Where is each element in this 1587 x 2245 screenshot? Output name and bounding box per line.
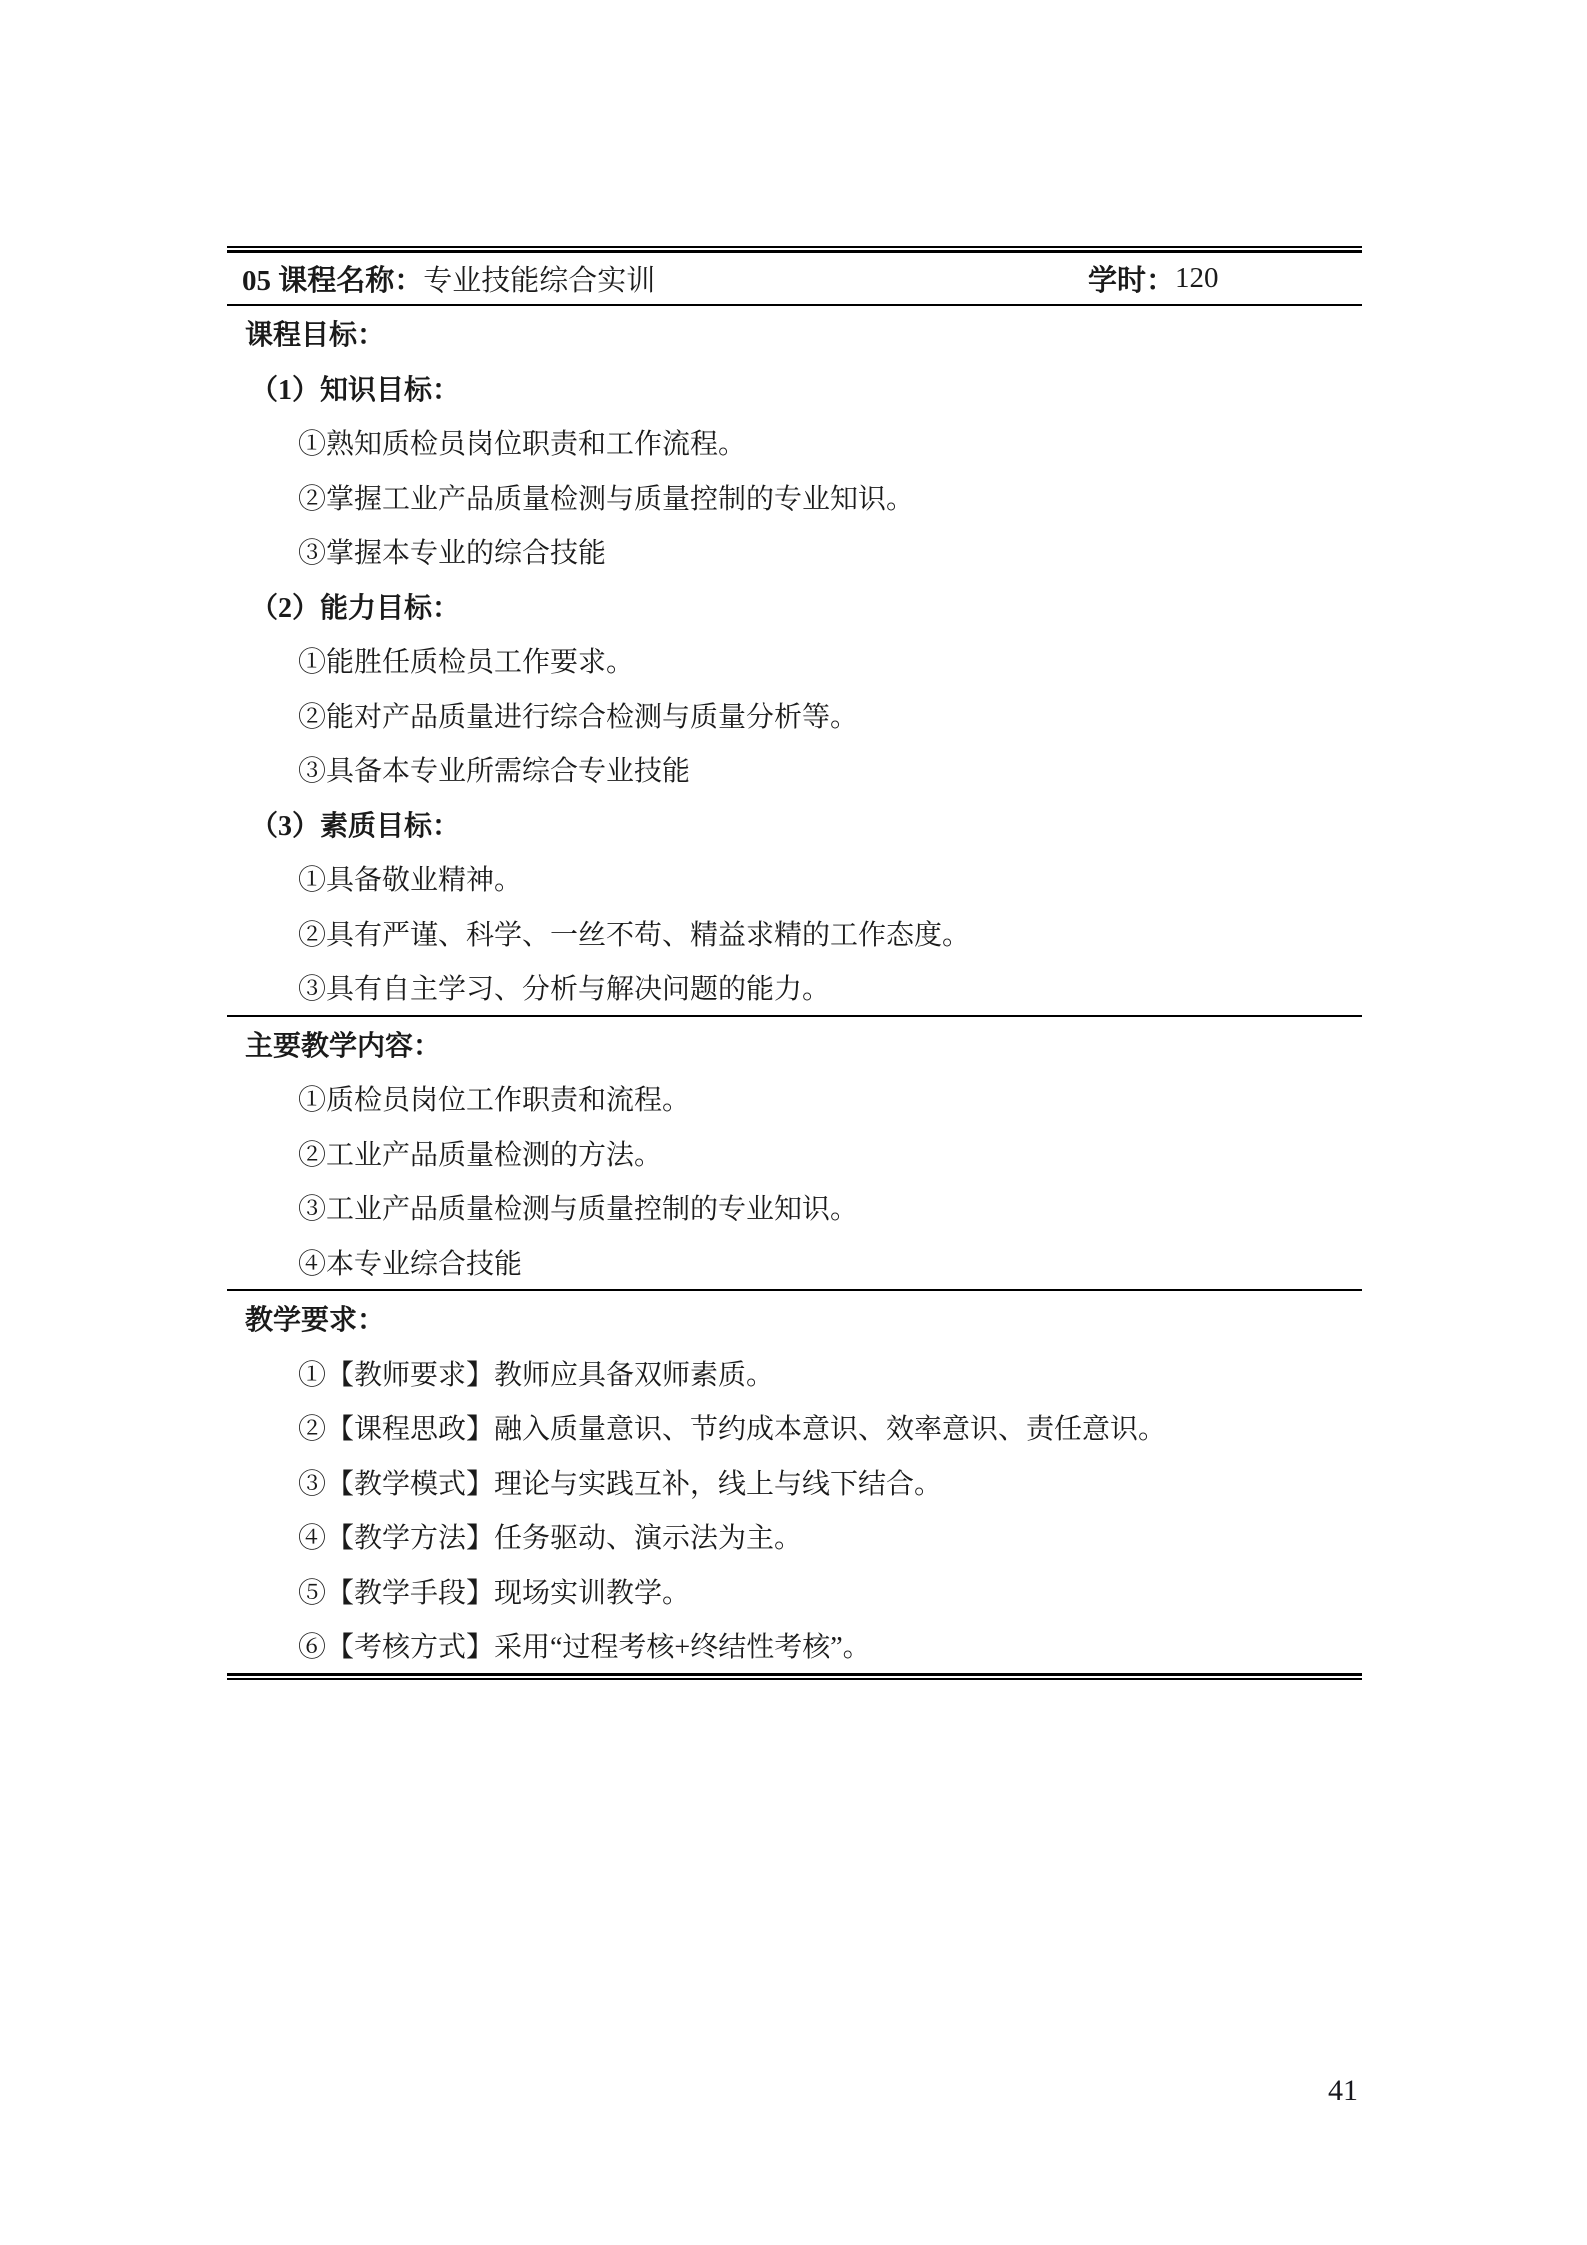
course-number-label: 05 课程名称： [242,265,423,297]
hours-label: 学时： [1088,258,1175,299]
section-1: 主要教学内容：①质检员岗位工作职责和流程。②工业产品质量检测的方法。③工业产品质… [227,1017,1362,1292]
content-point: ①具备敬业精神。 [227,851,1362,906]
content-point: ③具备本专业所需综合专业技能 [227,742,1362,797]
section-title: 教学要求： [227,1291,1362,1346]
content-point: ④本专业综合技能 [227,1235,1362,1290]
content-point: ②掌握工业产品质量检测与质量控制的专业知识。 [227,470,1362,525]
goal-subheading: （2）能力目标： [227,579,1362,634]
content-point: ①【教师要求】教师应具备双师素质。 [227,1346,1362,1401]
content-point: ③工业产品质量检测与质量控制的专业知识。 [227,1180,1362,1235]
content-point: ⑥【考核方式】采用“过程考核+终结性考核”。 [227,1618,1362,1673]
content-point: ④【教学方法】任务驱动、演示法为主。 [227,1509,1362,1564]
content-point: ①能胜任质检员工作要求。 [227,633,1362,688]
course-title-cell: 05 课程名称：专业技能综合实训 [227,258,655,299]
content-point: ③【教学模式】理论与实践互补，线上与线下结合。 [227,1455,1362,1510]
page-number: 41 [1328,2074,1358,2108]
section-0: 课程目标：（1）知识目标：①熟知质检员岗位职责和工作流程。②掌握工业产品质量检测… [227,306,1362,1017]
content-point: ①质检员岗位工作职责和流程。 [227,1071,1362,1126]
course-name: 专业技能综合实训 [423,265,655,297]
content-point: ②工业产品质量检测的方法。 [227,1126,1362,1181]
content-point: ③掌握本专业的综合技能 [227,524,1362,579]
course-table: 05 课程名称：专业技能综合实训 学时：120 课程目标：（1）知识目标：①熟知… [227,246,1362,1680]
section-2: 教学要求：①【教师要求】教师应具备双师素质。②【课程思政】融入质量意识、节约成本… [227,1291,1362,1673]
content-point: ②能对产品质量进行综合检测与质量分析等。 [227,688,1362,743]
hours-value: 120 [1175,262,1219,295]
content-point: ①熟知质检员岗位职责和工作流程。 [227,415,1362,470]
course-header-row: 05 课程名称：专业技能综合实训 学时：120 [227,253,1362,306]
section-title: 主要教学内容： [227,1017,1362,1072]
goal-subheading: （1）知识目标： [227,361,1362,416]
content-point: ⑤【教学手段】现场实训教学。 [227,1564,1362,1619]
course-hours-cell: 学时：120 [1088,253,1219,304]
goal-subheading: （3）素质目标： [227,797,1362,852]
content-point: ②具有严谨、科学、一丝不苟、精益求精的工作态度。 [227,906,1362,961]
content-point: ③具有自主学习、分析与解决问题的能力。 [227,960,1362,1015]
content-point: ②【课程思政】融入质量意识、节约成本意识、效率意识、责任意识。 [227,1400,1362,1455]
table-top-double-rule [227,246,1362,253]
table-bottom-double-rule [227,1673,1362,1680]
sections-container: 课程目标：（1）知识目标：①熟知质检员岗位职责和工作流程。②掌握工业产品质量检测… [227,306,1362,1673]
section-title: 课程目标： [227,306,1362,361]
document-page: 05 课程名称：专业技能综合实训 学时：120 课程目标：（1）知识目标：①熟知… [0,0,1587,2245]
